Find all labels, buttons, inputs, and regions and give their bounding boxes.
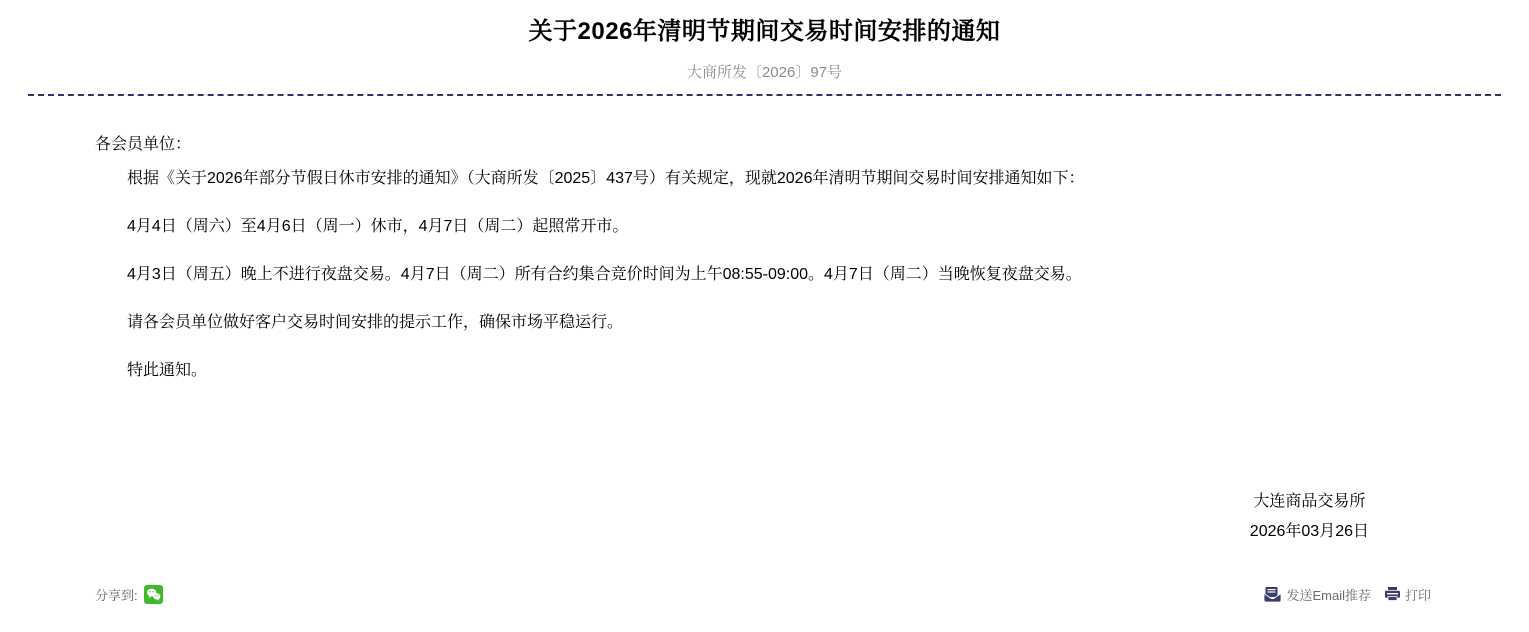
salutation: 各会员单位： bbox=[95, 128, 1434, 162]
footer-bar: 分享到: bbox=[95, 583, 1431, 605]
signature-org: 大连商品交易所 bbox=[1250, 487, 1369, 517]
signature-block: 大连商品交易所 2026年03月26日 bbox=[1250, 487, 1369, 547]
email-recommend-link[interactable]: 发送Email推荐 bbox=[1264, 585, 1371, 604]
email-label: 发送Email推荐 bbox=[1286, 585, 1371, 604]
share-label: 分享到: bbox=[95, 585, 138, 604]
dashed-divider bbox=[28, 94, 1501, 96]
notice-paragraph: 4月4日（周六）至4月6日（周一）休市，4月7日（周二）起照常开市。 bbox=[95, 210, 1434, 244]
printer-icon bbox=[1385, 587, 1400, 601]
notice-paragraph: 根据《关于2026年部分节假日休市安排的通知》（大商所发〔2025〕437号）有… bbox=[95, 162, 1434, 196]
doc-number: 大商所发〔2026〕97号 bbox=[0, 63, 1529, 83]
notice-paragraph: 特此通知。 bbox=[95, 354, 1434, 388]
page-title: 关于2026年清明节期间交易时间安排的通知 bbox=[0, 0, 1529, 47]
wechat-share-icon[interactable] bbox=[144, 585, 163, 604]
footer-actions: 发送Email推荐 打印 bbox=[1264, 585, 1431, 604]
notice-body: 各会员单位： 根据《关于2026年部分节假日休市安排的通知》（大商所发〔2025… bbox=[95, 128, 1434, 388]
print-link[interactable]: 打印 bbox=[1385, 585, 1431, 604]
signature-date: 2026年03月26日 bbox=[1250, 517, 1369, 547]
notice-paragraph: 请各会员单位做好客户交易时间安排的提示工作，确保市场平稳运行。 bbox=[95, 306, 1434, 340]
notice-paragraph: 4月3日（周五）晚上不进行夜盘交易。4月7日（周二）所有合约集合竞价时间为上午0… bbox=[95, 258, 1434, 292]
print-label: 打印 bbox=[1405, 585, 1431, 604]
share-group: 分享到: bbox=[95, 585, 163, 604]
email-icon bbox=[1264, 587, 1281, 602]
